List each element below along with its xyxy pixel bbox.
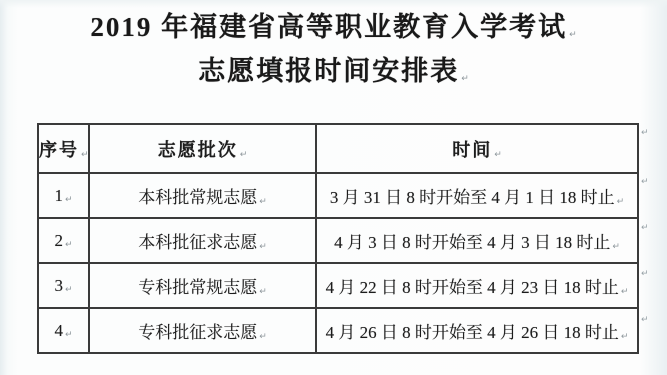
table-row: 3↵ 专科批常规志愿↵ 4 月 22 日 8 时开始至 4 月 23 日 18 … — [38, 263, 638, 308]
header-batch-label: 志愿批次 — [158, 140, 238, 160]
row-end-mark-icon: ↵ — [641, 269, 649, 279]
cell-end-mark-icon: ↵ — [65, 195, 73, 205]
cell-seq: 4↵ — [38, 308, 89, 353]
seq-value: 3 — [54, 276, 63, 295]
cell-batch: 本科批征求志愿↵ — [89, 218, 316, 263]
header-cell-seq: 序号↵ — [38, 124, 89, 173]
document-title: 2019 年福建省高等职业教育入学考试↵ 志愿填报时间安排表↵ — [0, 9, 667, 97]
cell-end-mark-icon: ↵ — [617, 197, 625, 207]
paragraph-mark-icon: ↵ — [569, 17, 577, 53]
batch-value: 本科批征求志愿 — [138, 233, 257, 252]
batch-value: 专科批征求志愿 — [138, 323, 257, 342]
row-end-mark-icon: ↵ — [641, 223, 649, 233]
table-header-row: 序号↵ 志愿批次↵ 时间↵ — [38, 124, 638, 173]
header-seq-label: 序号 — [39, 140, 79, 160]
cell-end-mark-icon: ↵ — [259, 197, 267, 207]
cell-seq: 1↵ — [38, 173, 89, 218]
title-line-2: 志愿填报时间安排表↵ — [0, 53, 667, 97]
header-time-label: 时间 — [452, 140, 492, 160]
paragraph-mark-icon: ↵ — [461, 61, 469, 97]
cell-batch: 专科批常规志愿↵ — [89, 263, 316, 308]
batch-value: 专科批常规志愿 — [138, 278, 257, 297]
row-end-mark-icon: ↵ — [641, 177, 649, 187]
seq-value: 4 — [54, 321, 63, 340]
cell-end-mark-icon: ↵ — [65, 330, 73, 340]
header-cell-time: 时间↵ — [316, 124, 638, 173]
row-end-mark-icon: ↵ — [641, 128, 649, 138]
table-row: 1↵ 本科批常规志愿↵ 3 月 31 日 8 时开始至 4 月 1 日 18 时… — [38, 173, 638, 218]
schedule-table: 序号↵ 志愿批次↵ 时间↵ 1↵ 本科批常规志愿↵ 3 月 31 日 8 时开始… — [37, 123, 639, 354]
cell-end-mark-icon: ↵ — [259, 332, 267, 342]
cell-time: 4 月 26 日 8 时开始至 4 月 26 日 18 时止↵ — [316, 308, 638, 353]
batch-value: 本科批常规志愿 — [138, 188, 257, 207]
cell-batch: 专科批征求志愿↵ — [89, 308, 316, 353]
seq-value: 1 — [54, 186, 63, 205]
cell-end-mark-icon: ↵ — [240, 150, 248, 160]
cell-end-mark-icon: ↵ — [259, 242, 267, 252]
cell-seq: 2↵ — [38, 218, 89, 263]
cell-time: 3 月 31 日 8 时开始至 4 月 1 日 18 时止↵ — [316, 173, 638, 218]
time-value: 3 月 31 日 8 时开始至 4 月 1 日 18 时止 — [330, 188, 615, 207]
cell-end-mark-icon: ↵ — [259, 287, 267, 297]
time-value: 4 月 22 日 8 时开始至 4 月 23 日 18 时止 — [326, 278, 619, 297]
cell-end-mark-icon: ↵ — [621, 287, 629, 297]
cell-time: 4 月 3 日 8 时开始至 4 月 3 日 18 时止↵ — [316, 218, 638, 263]
seq-value: 2 — [54, 231, 63, 250]
cell-seq: 3↵ — [38, 263, 89, 308]
cell-end-mark-icon: ↵ — [65, 240, 73, 250]
time-value: 4 月 26 日 8 时开始至 4 月 26 日 18 时止 — [326, 323, 619, 342]
cell-end-mark-icon: ↵ — [494, 150, 502, 160]
row-end-mark-icon: ↵ — [641, 315, 649, 325]
title-line-1: 2019 年福建省高等职业教育入学考试↵ — [0, 9, 667, 53]
cell-end-mark-icon: ↵ — [81, 150, 89, 160]
cell-end-mark-icon: ↵ — [621, 332, 629, 342]
cell-time: 4 月 22 日 8 时开始至 4 月 23 日 18 时止↵ — [316, 263, 638, 308]
cell-end-mark-icon: ↵ — [65, 285, 73, 295]
cell-batch: 本科批常规志愿↵ — [89, 173, 316, 218]
title-line-2-text: 志愿填报时间安排表 — [198, 56, 459, 86]
time-value: 4 月 3 日 8 时开始至 4 月 3 日 18 时止 — [334, 233, 610, 252]
table-row: 2↵ 本科批征求志愿↵ 4 月 3 日 8 时开始至 4 月 3 日 18 时止… — [38, 218, 638, 263]
title-line-1-text: 2019 年福建省高等职业教育入学考试 — [90, 12, 567, 42]
table-row: 4↵ 专科批征求志愿↵ 4 月 26 日 8 时开始至 4 月 26 日 18 … — [38, 308, 638, 353]
document-page: 2019 年福建省高等职业教育入学考试↵ 志愿填报时间安排表↵ 序号↵ 志愿批次… — [0, 0, 667, 375]
header-cell-batch: 志愿批次↵ — [89, 124, 316, 173]
cell-end-mark-icon: ↵ — [612, 242, 620, 252]
